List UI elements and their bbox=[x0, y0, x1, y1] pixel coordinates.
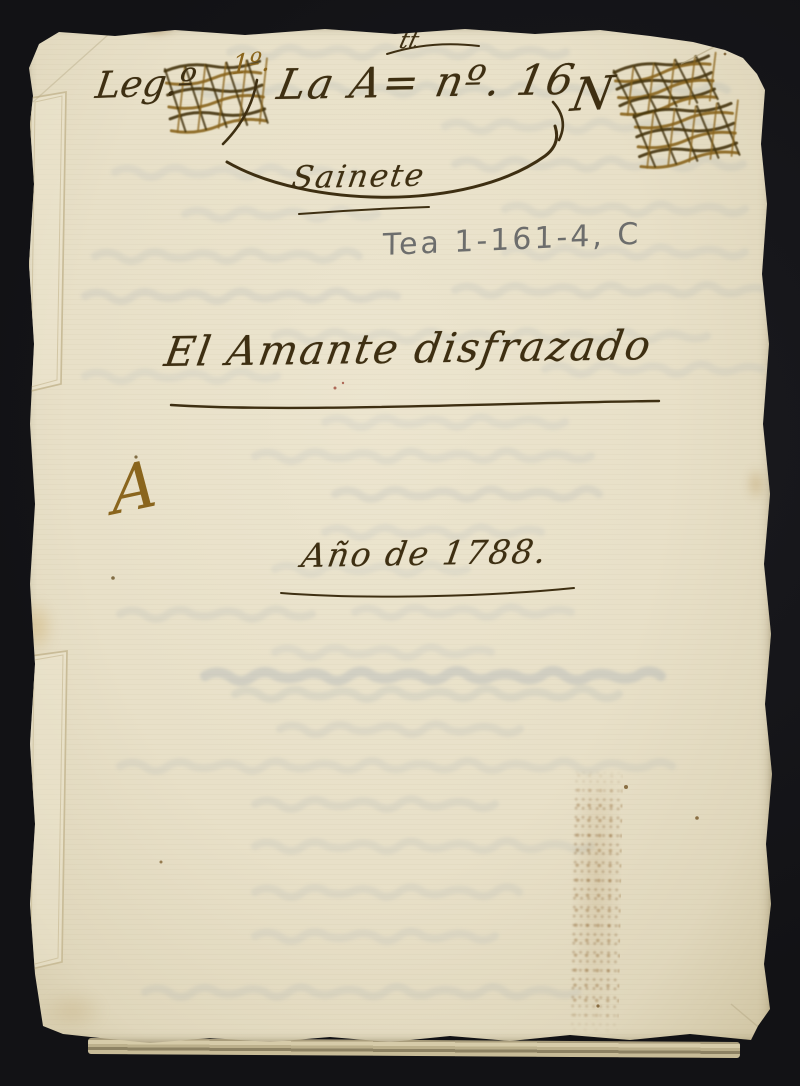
scribble-stroke bbox=[639, 140, 737, 161]
ghost-line bbox=[255, 451, 591, 461]
bleedthrough-ghost-writing bbox=[85, 47, 767, 997]
binding-strip-bottom bbox=[27, 651, 67, 970]
ghost-line bbox=[325, 417, 565, 427]
archive-bundle-label: Leg.º bbox=[93, 61, 199, 107]
main-title: El Amante disfrazado bbox=[161, 321, 656, 376]
ghost-line bbox=[255, 799, 495, 809]
stain-top-right bbox=[671, 20, 721, 42]
speck bbox=[111, 576, 115, 580]
manuscript-page: Leg.º 1º. La A= nº. 16 tt N Sainete Tea … bbox=[25, 24, 775, 1044]
year-underline bbox=[281, 588, 574, 597]
speck bbox=[160, 861, 163, 864]
speck bbox=[334, 387, 337, 390]
ghost-line bbox=[280, 724, 520, 734]
page-number-mark: 1 bbox=[714, 32, 727, 51]
speck bbox=[342, 382, 344, 384]
ghost-line bbox=[335, 489, 599, 499]
ghost-line bbox=[275, 647, 491, 657]
ghost-line bbox=[120, 761, 672, 771]
crease-top-right bbox=[681, 26, 755, 64]
ghost-line bbox=[120, 609, 312, 619]
ghost-line bbox=[205, 671, 661, 681]
crease-bottom-right bbox=[731, 1004, 769, 1036]
title-underline bbox=[171, 401, 659, 408]
binding-strips bbox=[27, 92, 67, 970]
speck bbox=[724, 53, 727, 56]
flourished-initial: A bbox=[109, 446, 159, 530]
year-line: Año de 1788. bbox=[299, 532, 551, 575]
ghost-line bbox=[235, 689, 619, 699]
ghost-line bbox=[255, 887, 519, 897]
ghost-line bbox=[455, 159, 743, 169]
ghost-line bbox=[505, 204, 745, 214]
ghost-line bbox=[455, 285, 767, 295]
photo-backdrop: Leg.º 1º. La A= nº. 16 tt N Sainete Tea … bbox=[0, 0, 800, 1086]
speck bbox=[596, 1004, 599, 1007]
underlying-page-edges bbox=[88, 1038, 740, 1058]
ghost-line bbox=[95, 251, 359, 261]
speck bbox=[695, 816, 699, 820]
ghost-line bbox=[85, 291, 397, 301]
genre-heading: Sainete bbox=[289, 158, 428, 196]
shelf-mark: La A= nº. 16 bbox=[273, 55, 580, 109]
ghost-line bbox=[355, 607, 571, 617]
ghost-line bbox=[255, 841, 591, 851]
ghost-line bbox=[255, 931, 495, 941]
ghost-line bbox=[145, 987, 577, 997]
item-number: 1º. bbox=[231, 46, 271, 81]
speck bbox=[624, 785, 628, 789]
